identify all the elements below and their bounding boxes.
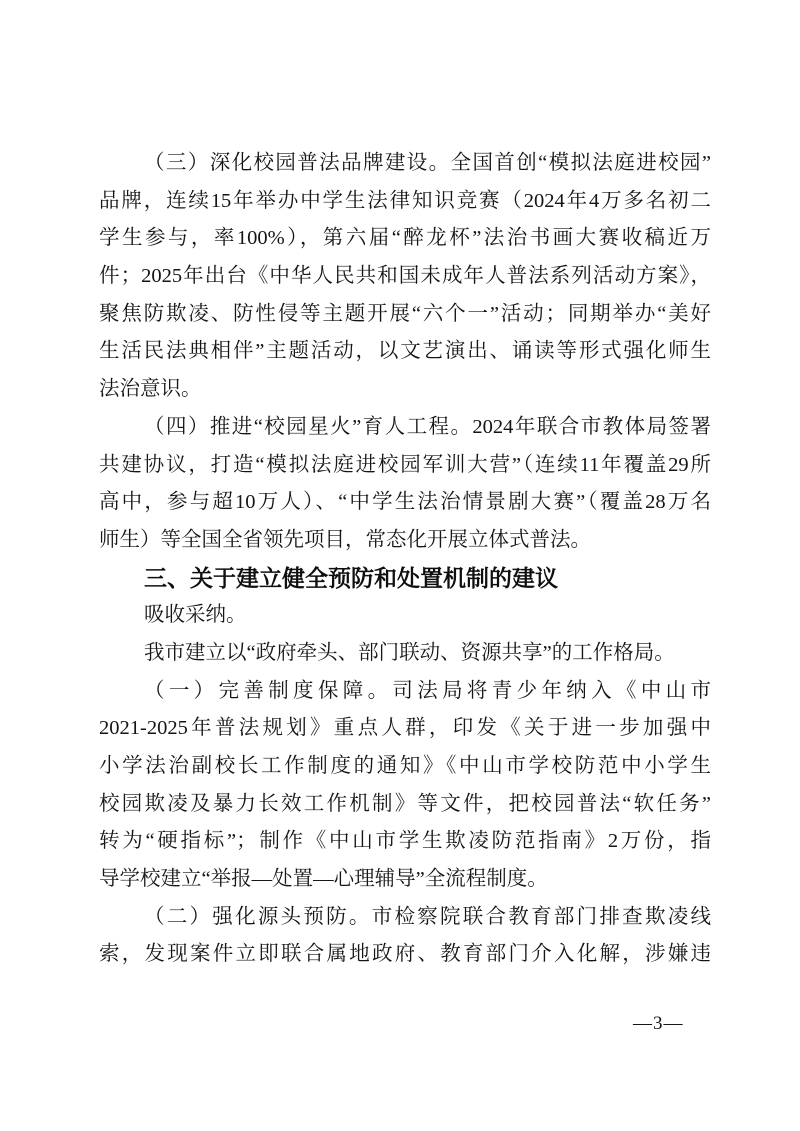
text-line: （一）完善制度保障。司法局将青少年纳入《中山市	[99, 673, 711, 711]
text-line: 小学法治副校长工作制度的通知》《中山市学校防范中小学生	[99, 748, 711, 786]
text-line: 品牌，连续15年举办中学生法律知识竞赛（2024年4万多名初二	[99, 183, 711, 221]
page-number: —3—	[633, 1013, 684, 1035]
para-adopted: 吸收采纳。	[99, 597, 711, 635]
text-line: 吸收采纳。	[99, 597, 711, 635]
text-line: 法治意识。	[99, 371, 711, 409]
para-source-prevention: （二）强化源头预防。市检察院联合教育部门排查欺凌线 索，发现案件立即联合属地政府…	[99, 899, 711, 974]
text-line: 校园欺凌及暴力长效工作机制》等文件，把校园普法“软任务”	[99, 786, 711, 824]
document-body: （三）深化校园普法品牌建设。全国首创“模拟法庭进校园” 品牌，连续15年举办中学…	[99, 145, 711, 974]
section-heading: 三、关于建立健全预防和处置机制的建议	[99, 560, 711, 598]
document-page: （三）深化校园普法品牌建设。全国首创“模拟法庭进校园” 品牌，连续15年举办中学…	[0, 0, 800, 1131]
text-line: （四）推进“校园星火”育人工程。2024年联合市教体局签署	[99, 409, 711, 447]
text-line: 生活民法典相伴”主题活动，以文艺演出、诵读等形式强化师生	[99, 333, 711, 371]
text-line: 2021-2025年普法规划》重点人群，印发《关于进一步加强中	[99, 710, 711, 748]
text-line: 导学校建立“举报—处置—心理辅导”全流程制度。	[99, 861, 711, 899]
text-line: 我市建立以“政府牵头、部门联动、资源共享”的工作格局。	[99, 635, 711, 673]
text-line: （三）深化校园普法品牌建设。全国首创“模拟法庭进校园”	[99, 145, 711, 183]
text-line: （二）强化源头预防。市检察院联合教育部门排查欺凌线	[99, 899, 711, 937]
text-line: 学生参与，率100%），第六届“醉龙杯”法治书画大赛收稿近万	[99, 220, 711, 258]
text-line: 转为“硬指标”；制作《中山市学生欺凌防范指南》2万份，指	[99, 823, 711, 861]
text-line: 聚焦防欺凌、防性侵等主题开展“六个一”活动；同期举办“美好	[99, 296, 711, 334]
text-line: 师生）等全国全省领先项目，常态化开展立体式普法。	[99, 522, 711, 560]
text-line: 高中，参与超10万人）、“中学生法治情景剧大赛”（覆盖28万名	[99, 484, 711, 522]
text-line: 索，发现案件立即联合属地政府、教育部门介入化解，涉嫌违	[99, 936, 711, 974]
para-campus-spark-project: （四）推进“校园星火”育人工程。2024年联合市教体局签署 共建协议，打造“模拟…	[99, 409, 711, 560]
text-line: 件；2025年出台《中华人民共和国未成年人普法系列活动方案》，	[99, 258, 711, 296]
para-institutional-guarantee: （一）完善制度保障。司法局将青少年纳入《中山市 2021-2025年普法规划》重…	[99, 673, 711, 899]
text-line: 共建协议，打造“模拟法庭进校园军训大营”（连续11年覆盖29所	[99, 447, 711, 485]
para-work-pattern: 我市建立以“政府牵头、部门联动、资源共享”的工作格局。	[99, 635, 711, 673]
para-campus-law-brand: （三）深化校园普法品牌建设。全国首创“模拟法庭进校园” 品牌，连续15年举办中学…	[99, 145, 711, 409]
